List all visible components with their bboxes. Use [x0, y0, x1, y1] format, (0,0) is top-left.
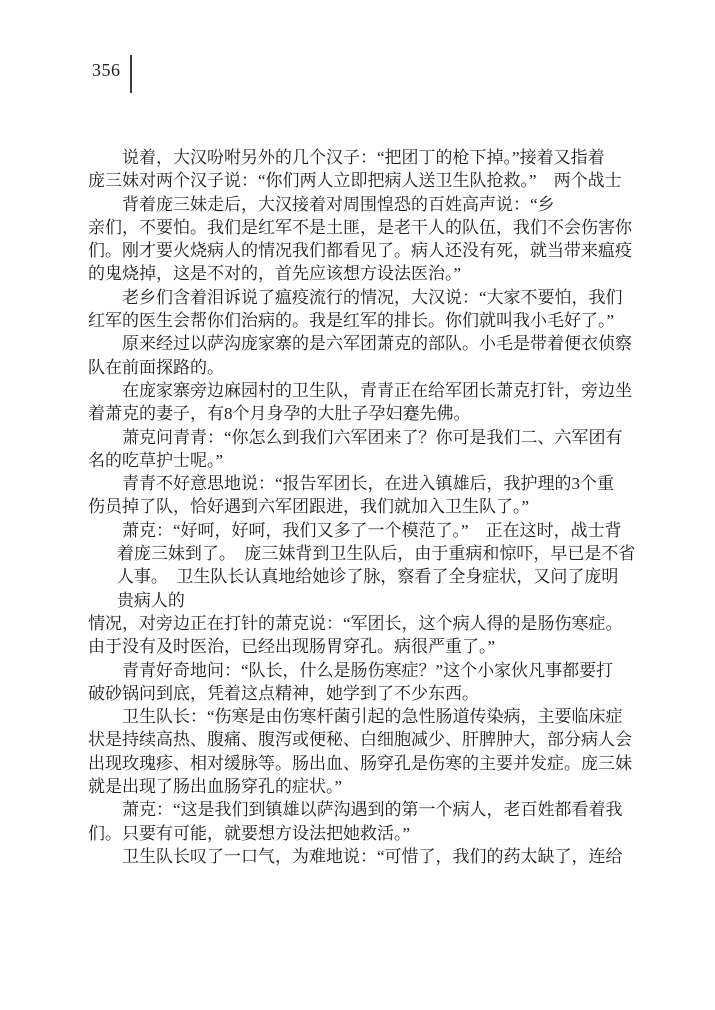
text-line: 们。只要有可能，就要想方设法把她救活。”	[88, 822, 648, 845]
text-line: 名的吃草护士呢。”	[88, 449, 648, 472]
text-line: 伤员掉了队，恰好遇到六军团跟进，我们就加入卫生队了。”	[88, 495, 648, 518]
text-line: 队在前面探路的。	[88, 356, 648, 379]
text-line: 人事。 卫生队长认真地给她诊了脉，察看了全身症状，又问了庞明	[88, 565, 648, 588]
text-line: 着萧克的妻子，有8个月身孕的大肚子孕妇蹇先佛。	[88, 402, 648, 425]
text-line: 老乡们含着泪诉说了瘟疫流行的情况，大汉说：“大家不要怕，我们	[88, 286, 648, 309]
text-line: 着庞三妹到了。 庞三妹背到卫生队后，由于重病和惊吓，早已是不省	[88, 542, 648, 565]
text-line: 们。刚才要火烧病人的情况我们都看见了。病人还没有死，就当带来瘟疫	[88, 239, 648, 262]
body-text: 说着，大汉吩咐另外的几个汉子：“把团丁的枪下掉。”接着又指着庞三妹对两个汉子说：…	[88, 146, 648, 868]
text-line: 原来经过以萨沟庞家寨的是六军团萧克的部队。小毛是带着便衣侦察	[88, 332, 648, 355]
text-line: 萧克问青青：“你怎么到我们六军团来了？你可是我们二、六军团有	[88, 426, 648, 449]
page-number-rule	[130, 55, 132, 93]
text-line: 在庞家寨旁边麻园村的卫生队，青青正在给军团长萧克打针，旁边坐	[88, 379, 648, 402]
text-line: 青青不好意思地说：“报告军团长，在进入镇雄后，我护理的3个重	[88, 472, 648, 495]
text-line: 出现玫瑰疹、相对缓脉等。肠出血、肠穿孔是伤寒的主要并发症。庞三妹	[88, 752, 648, 775]
text-line: 卫生队长叹了一口气，为难地说：“可惜了，我们的药太缺了，连给	[88, 845, 648, 868]
text-line: 的鬼烧掉，这是不对的，首先应该想方设法医治。”	[88, 262, 648, 285]
text-line: 卫生队长：“伤寒是由伤寒杆菌引起的急性肠道传染病，主要临床症	[88, 705, 648, 728]
text-line: 庞三妹对两个汉子说：“你们两人立即把病人送卫生队抢救。” 两个战士	[88, 169, 648, 192]
text-line: 红军的医生会帮你们治病的。我是红军的排长。你们就叫我小毛好了。”	[88, 309, 648, 332]
text-line: 说着，大汉吩咐另外的几个汉子：“把团丁的枪下掉。”接着又指着	[88, 146, 648, 169]
text-line: 贵病人的	[88, 589, 648, 612]
text-line: 背着庞三妹走后，大汉接着对周围惶恐的百姓高声说：“乡	[88, 193, 648, 216]
page-number: 356	[92, 60, 121, 81]
text-line: 亲们，不要怕。我们是红军不是土匪，是老干人的队伍，我们不会伤害你	[88, 216, 648, 239]
text-line: 情况，对旁边正在打针的萧克说：“军团长，这个病人得的是肠伤寒症。	[88, 612, 648, 635]
text-line: 萧克：“好呵，好呵，我们又多了一个模范了。” 正在这时，战士背	[88, 519, 648, 542]
text-line: 由于没有及时医治，已经出现肠胃穿孔。病很严重了。”	[88, 635, 648, 658]
text-line: 青青好奇地问：“队长，什么是肠伤寒症？”这个小家伙凡事都要打	[88, 659, 648, 682]
text-line: 状是持续高热、腹痛、腹泻或便秘、白细胞减少、肝脾肿大，部分病人会	[88, 728, 648, 751]
text-line: 萧克：“这是我们到镇雄以萨沟遇到的第一个病人，老百姓都看着我	[88, 798, 648, 821]
text-line: 破砂锅问到底，凭着这点精神，她学到了不少东西。	[88, 682, 648, 705]
book-page: 356 说着，大汉吩咐另外的几个汉子：“把团丁的枪下掉。”接着又指着庞三妹对两个…	[0, 0, 715, 1010]
text-line: 就是出现了肠出血肠穿孔的症状。”	[88, 775, 648, 798]
